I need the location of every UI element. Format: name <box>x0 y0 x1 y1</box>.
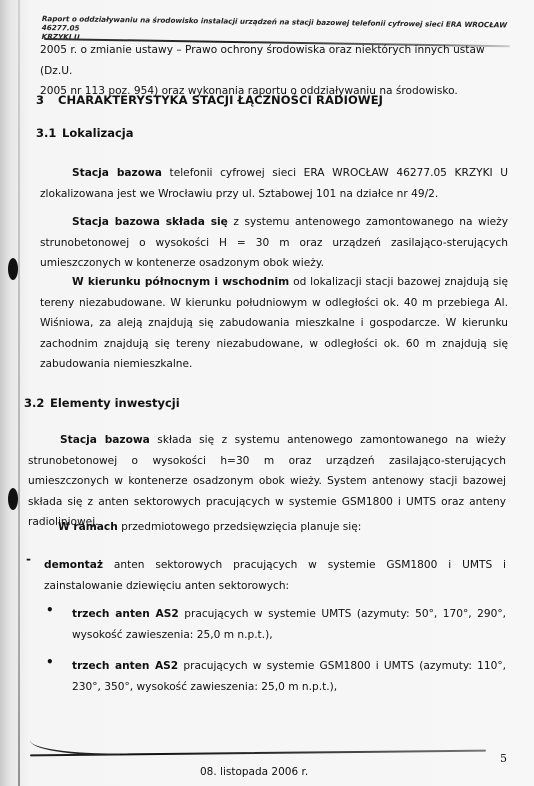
footer-date: 08. listopada 2006 r. <box>200 766 308 778</box>
list-item-umts-antennas: trzech anten AS2 pracujących w systemie … <box>72 604 506 645</box>
punch-hole-mark <box>8 488 18 510</box>
section-number: 3.1 <box>36 126 62 140</box>
intro-line-1: 2005 r. o zmianie ustawy – Prawo ochrony… <box>40 40 508 81</box>
paragraph-surroundings: W kierunku północnym i wschodnim od loka… <box>40 272 508 375</box>
paragraph-station: Stacja bazowa składa się z systemu anten… <box>40 212 508 274</box>
punch-hole-mark <box>8 258 18 280</box>
scanned-page: Raport o oddziaływaniu na środowisko ins… <box>0 0 534 786</box>
section-3-heading: 3CHARAKTERYSTYKA STACJI ŁĄCZNOŚCI RADIOW… <box>36 93 383 107</box>
binding-shadow <box>18 0 20 786</box>
footer-rule <box>30 750 486 757</box>
dash-bullet: - <box>26 552 31 566</box>
section-number: 3.2 <box>24 396 50 410</box>
bullet: • <box>46 603 54 617</box>
list-item-dismantling: demontaż anten sektorowych pracujących w… <box>44 555 506 596</box>
bullet: • <box>46 655 54 669</box>
page-number: 5 <box>500 752 507 765</box>
paragraph-location: Stacja bazowa telefonii cyfrowej sieci E… <box>40 163 508 204</box>
section-title: CHARAKTERYSTYKA STACJI ŁĄCZNOŚCI RADIOWE… <box>58 93 383 107</box>
section-number: 3 <box>36 93 58 107</box>
list-item-gsm-umts-antennas: trzech anten AS2 pracujących w systemie … <box>72 656 506 697</box>
section-title: Elementy inwestycji <box>50 396 180 410</box>
section-3-2-heading: 3.2Elementy inwestycji <box>24 396 180 410</box>
header-line-1: Raport o oddziaływaniu na środowisko ins… <box>42 14 507 33</box>
section-title: Lokalizacja <box>62 126 134 140</box>
paragraph-plan-intro: W ramach przedmiotowego przedsięwzięcia … <box>58 517 498 538</box>
section-3-1-heading: 3.1Lokalizacja <box>36 126 134 140</box>
